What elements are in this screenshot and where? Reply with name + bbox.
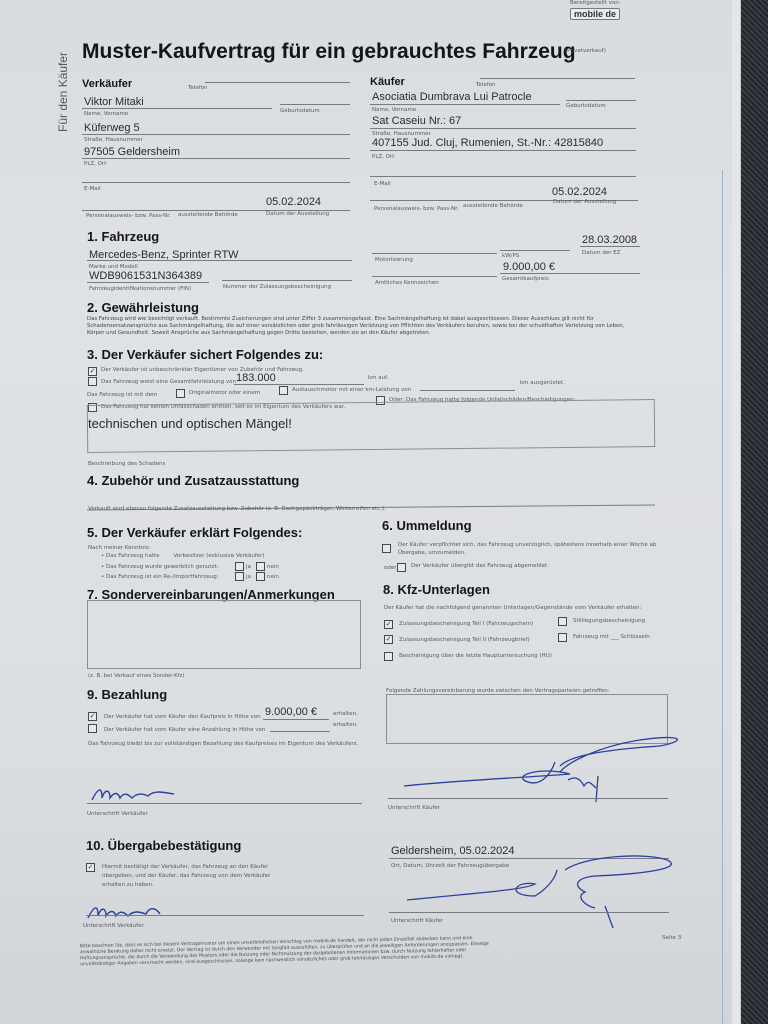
- commercial-no-label: nein: [267, 564, 279, 570]
- import-yes-checkbox[interactable]: [235, 572, 244, 581]
- mileage-checkbox[interactable]: [88, 377, 97, 386]
- payment-heading: 9. Bezahlung: [87, 687, 167, 702]
- seller-heading: Verkäufer: [82, 78, 132, 90]
- reregistration-heading: 6. Ummeldung: [382, 518, 472, 533]
- handover-text: Hiermit bestätigt der Verkäufer, das Fah…: [102, 863, 282, 890]
- seller-issue-date-label: Datum der Ausstellung: [266, 211, 329, 217]
- seller-email-label: E-Mail: [84, 186, 101, 192]
- exchange-engine-text: Austauschmotor mit einer km-Leistung von: [292, 387, 411, 393]
- vehicle-reg-cert-label: Nummer der Zulassungsbescheinigung: [223, 284, 331, 290]
- page-title: Muster-Kaufvertrag für ein gebrauchtes F…: [82, 40, 576, 64]
- payment-full-checkbox[interactable]: ✓: [88, 712, 97, 721]
- documents-intro: Der Käufer hat die nachfolgend genannten…: [384, 605, 641, 611]
- commercial-yes-checkbox[interactable]: [235, 562, 244, 571]
- seller-id-label: Personalausweis- bzw. Pass-Nr.: [86, 213, 171, 219]
- vehicle-heading: 1. Fahrzeug: [87, 229, 159, 244]
- page-subtitle: (Privatverkauf): [565, 48, 606, 54]
- payment-buyer-sig-label: Unterschrift Käufer: [388, 805, 440, 811]
- payment-deposit-suffix: erhalten.: [333, 722, 358, 728]
- page-number: Seite 3: [662, 935, 681, 941]
- mileage-suffix: km auf.: [368, 375, 388, 381]
- vehicle-power-label: kW/PS: [502, 253, 519, 259]
- seller-issue-date[interactable]: 05.02.2024: [266, 196, 321, 208]
- contract-page: Bereitgestellt von: mobile de Für den Kä…: [0, 0, 732, 1024]
- declaration-commercial: • Das Fahrzeug wurde gewerblich genutzt:: [101, 564, 219, 570]
- damage-description[interactable]: technischen und optischen Mängel!: [88, 416, 292, 431]
- rereg-or: oder: [384, 565, 397, 571]
- buyer-email-label: E-Mail: [374, 181, 391, 187]
- seller-street[interactable]: Küferweg 5: [84, 122, 140, 134]
- disclaimer-text: Bitte beachten Sie, dass es sich bei die…: [80, 936, 490, 969]
- paper-edge: [722, 170, 723, 1024]
- rereg-seller-checkbox[interactable]: [397, 563, 406, 572]
- vehicle-first-reg[interactable]: 28.03.2008: [582, 234, 637, 246]
- seller-birth-label: Geburtsdatum: [280, 108, 320, 114]
- handover-buyer-sig-label: Unterschrift Käufer: [391, 918, 443, 924]
- buyer-issue-date[interactable]: 05.02.2024: [552, 186, 607, 198]
- special-box[interactable]: [87, 600, 361, 669]
- buyer-signature-2: [405, 850, 685, 930]
- mobile-de-logo: mobile de: [570, 8, 620, 20]
- buyer-issue-date-label: Datum der Ausstellung: [553, 199, 616, 205]
- seller-phone-label: Telefon: [188, 85, 208, 91]
- declarations-intro: Nach meiner Kenntnis:: [88, 545, 150, 551]
- doc-stilllegung-checkbox[interactable]: [558, 617, 567, 626]
- engine-text: Das Fahrzeug ist mit dem: [87, 392, 157, 398]
- special-label: (z. B. bei Verkauf eines Sonder-Kfz): [88, 673, 185, 679]
- exchange-engine-checkbox[interactable]: [279, 386, 288, 395]
- doc-teil1-label: Zulassungsbescheinigung Teil I (Fahrzeug…: [399, 621, 533, 627]
- buyer-name-label: Name, Vorname: [372, 107, 416, 113]
- buyer-street[interactable]: Sat Caseiu Nr.: 67: [372, 115, 461, 127]
- damage-label: Beschreibung des Schadens: [88, 461, 165, 467]
- declaration-import: • Das Fahrzeug ist ein Re-/Importfahrzeu…: [101, 574, 219, 580]
- vehicle-vin-label: Fahrzeugidentifikationsnummer (FIN): [89, 286, 191, 292]
- doc-keys-checkbox[interactable]: [558, 633, 567, 642]
- mileage-text: Das Fahrzeug weist eine Gesamtfahrleistu…: [101, 379, 236, 385]
- seller-city[interactable]: 97505 Geldersheim: [84, 146, 180, 158]
- import-yes-label: ja: [246, 574, 251, 580]
- doc-teil2-checkbox[interactable]: ✓: [384, 635, 393, 644]
- vehicle-price-label: Gesamtkaufpreis: [502, 276, 549, 282]
- documents-heading: 8. Kfz-Unterlagen: [383, 582, 490, 597]
- payment-full-text: Der Verkäufer hat vom Käufer den Kaufpre…: [104, 714, 261, 720]
- vehicle-engine-label: Motorisierung: [375, 257, 413, 263]
- vehicle-vin[interactable]: WDB9061531N364389: [89, 270, 202, 282]
- payment-full-value[interactable]: 9.000,00 €: [265, 706, 317, 718]
- side-label: Für den Käufer: [56, 52, 70, 132]
- vehicle-price[interactable]: 9.000,00 €: [503, 261, 555, 273]
- accessories-label: Verkauft wird ebenso folgende Zusatzauss…: [88, 506, 386, 512]
- declaration-prev-owners: • Das Fahrzeug hatte Vorbesitzer (exklus…: [101, 553, 265, 559]
- buyer-city-label: PLZ, Ort: [372, 154, 394, 160]
- doc-keys-label: Fahrzeug mit ___ Schlüsseln: [573, 634, 650, 640]
- buyer-signature-1: [400, 736, 690, 806]
- warranty-text: Das Fahrzeug wird wie besichtigt verkauf…: [87, 316, 635, 337]
- rereg-option2: Der Verkäufer übergibt das Fahrzeug abge…: [411, 563, 549, 569]
- handover-heading: 10. Übergabebestätigung: [86, 838, 241, 853]
- doc-teil2-label: Zulassungsbescheinigung Teil II (Fahrzeu…: [399, 637, 530, 643]
- payment-deposit-text: Der Verkäufer hat vom Käufer eine Anzahl…: [104, 727, 265, 733]
- payment-ownership-note: Das Fahrzeug bleibt bis zur vollständige…: [88, 741, 358, 747]
- vehicle-plate-label: Amtliches Kennzeichen: [375, 280, 439, 286]
- mileage-value[interactable]: 183.000: [236, 372, 276, 384]
- declarations-heading: 5. Der Verkäufer erklärt Folgendes:: [87, 525, 302, 540]
- doc-hu-label: Bescheinigung über die letzte Hauptunter…: [399, 653, 552, 659]
- vehicle-first-reg-label: Datum der EZ: [582, 250, 620, 256]
- handover-checkbox[interactable]: ✓: [86, 863, 95, 872]
- buyer-birth-label: Geburtsdatum: [566, 103, 606, 109]
- buyer-authority-label: ausstellende Behörde: [463, 203, 523, 209]
- seller-name[interactable]: Viktor Mitaki: [84, 96, 144, 108]
- orig-engine-text: Originalmotor oder einem: [189, 390, 260, 396]
- exchange-suffix: km ausgerüstet.: [520, 380, 565, 386]
- buyer-heading: Käufer: [370, 76, 405, 88]
- seller-street-label: Straße, Hausnummer: [84, 137, 143, 143]
- owner-checkbox[interactable]: ✓: [88, 367, 97, 376]
- import-no-label: nein: [267, 574, 279, 580]
- payment-deposit-checkbox[interactable]: [88, 724, 97, 733]
- doc-hu-checkbox[interactable]: [384, 652, 393, 661]
- payment-full-suffix: erhalten.: [333, 711, 358, 717]
- doc-stilllegung-label: Stilllegungsbescheinigung: [573, 618, 645, 624]
- assurances-heading: 3. Der Verkäufer sichert Folgendes zu:: [87, 347, 323, 362]
- warranty-heading: 2. Gewährleistung: [87, 300, 199, 315]
- seller-name-label: Name, Vorname: [84, 111, 128, 117]
- buyer-name[interactable]: Asociatia Dumbrava Lui Patrocle: [372, 91, 532, 103]
- buyer-phone-label: Telefon: [476, 82, 496, 88]
- orig-engine-checkbox[interactable]: [176, 389, 185, 398]
- doc-teil1-checkbox[interactable]: ✓: [384, 620, 393, 629]
- payment-seller-sig-label: Unterschrift Verkäufer: [87, 811, 148, 817]
- commercial-yes-label: ja: [246, 564, 251, 570]
- seller-signature-1: [88, 782, 188, 812]
- seller-authority-label: ausstellende Behörde: [178, 212, 238, 218]
- logo-caption: Bereitgestellt von:: [570, 0, 621, 6]
- rereg-buyer-checkbox[interactable]: [382, 544, 391, 553]
- buyer-id-label: Personalausweis- bzw. Pass-Nr.: [374, 206, 459, 212]
- commercial-no-checkbox[interactable]: [256, 562, 265, 571]
- import-no-checkbox[interactable]: [256, 572, 265, 581]
- buyer-city[interactable]: 407155 Jud. Cluj, Rumenien, St.-Nr.: 428…: [372, 137, 603, 149]
- accessories-heading: 4. Zubehör und Zusatzausstattung: [87, 473, 299, 488]
- rereg-option1: Der Käufer verpflichtet sich, das Fahrze…: [398, 541, 660, 557]
- handover-seller-sig-label: Unterschrift Verkäufer: [83, 923, 144, 929]
- seller-city-label: PLZ, Ort: [84, 161, 106, 167]
